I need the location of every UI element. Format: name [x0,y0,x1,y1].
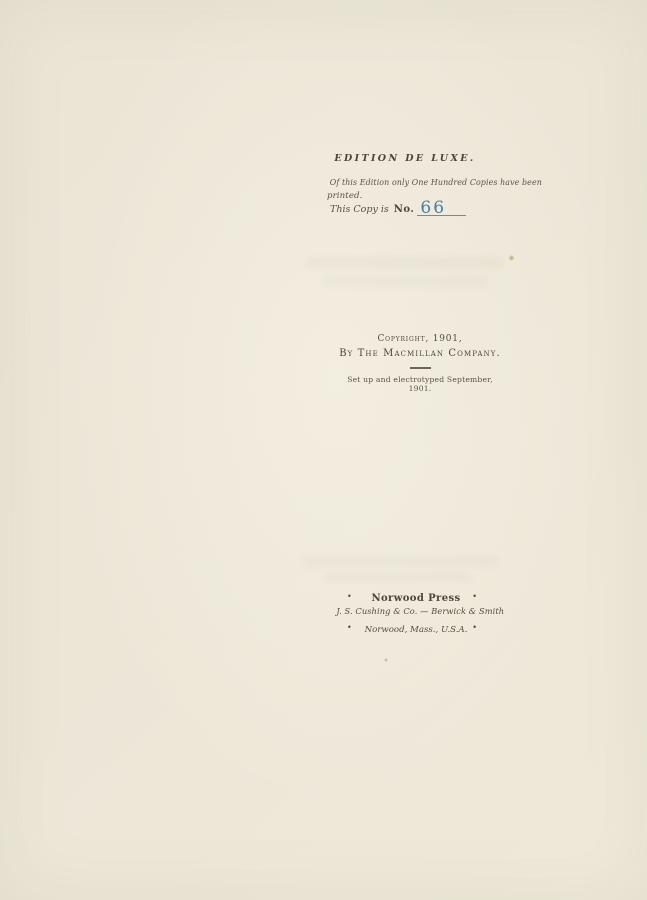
location-line: Norwood, Mass., U.S.A. [365,625,468,635]
limitation-line-1: Of this Edition only One Hundred Copies … [327,177,488,190]
number-abbreviation-label: No. [394,204,415,215]
copyright-line: Copyright, 1901, [338,334,502,344]
stamped-copy-number: 66 [417,201,446,216]
foxing-spot [384,658,388,662]
printers-line: J. S. Cushing & Co. — Berwick & Smith [336,607,495,617]
book-page-scan: EDITION DE LUXE. Of this Edition only On… [0,0,647,900]
location-row: • Norwood, Mass., U.S.A. • [333,617,499,636]
ornament-dot: • [347,626,352,630]
ornament-dot: • [472,595,477,599]
copy-number-line: This Copy is No. 66 [330,200,466,216]
press-name-row: • Norwood Press • [333,586,499,605]
copy-number-blank-line: 66 [417,200,466,216]
copyright-block: Copyright, 1901, By The Macmillan Compan… [338,334,502,393]
foxing-spot [508,255,515,261]
printer-imprint-block: • Norwood Press • J. S. Cushing & Co. — … [333,586,499,636]
ornament-dot: • [347,595,352,599]
electrotype-note: Set up and electrotyped September, 1901. [338,375,502,393]
divider-rule [410,367,431,369]
copy-label: This Copy is [330,204,389,215]
ornament-dot: • [472,626,477,630]
show-through-smudge [302,556,498,567]
publisher-line: By The Macmillan Company. [338,348,502,359]
show-through-smudge [306,257,504,269]
press-name: Norwood Press [371,593,460,604]
show-through-smudge [322,276,488,287]
edition-title: EDITION DE LUXE. [322,153,488,164]
show-through-smudge [324,572,472,582]
